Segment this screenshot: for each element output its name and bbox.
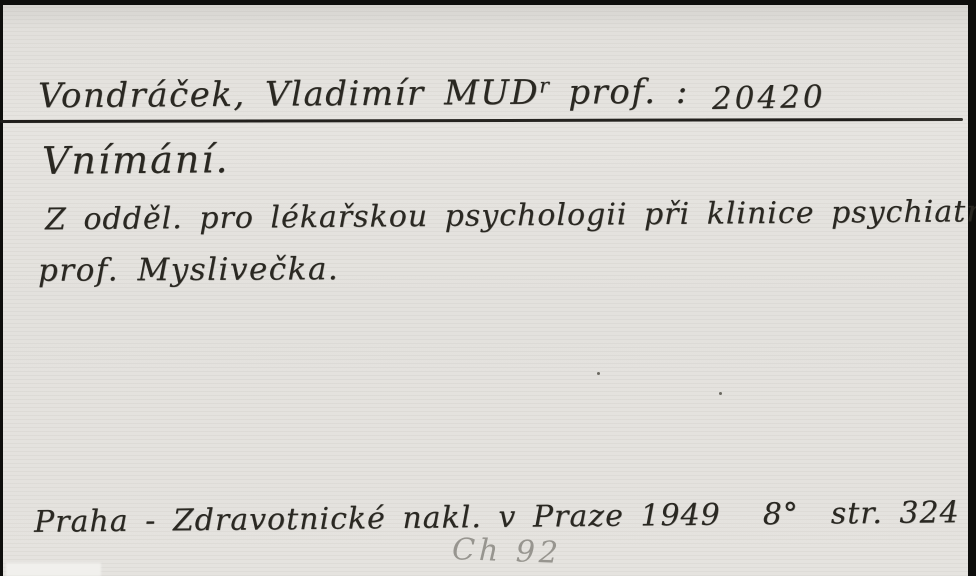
- paper-speck: [719, 392, 722, 395]
- paper-speck: [597, 372, 600, 375]
- work-title: Vnímání.: [42, 137, 230, 183]
- author-degree-superscript: r: [539, 73, 549, 97]
- imprint-format: 8°: [763, 497, 799, 532]
- author-title-abbr: prof. :: [568, 72, 689, 113]
- pencil-shelfmark: Ch 92: [451, 532, 562, 571]
- heading-author-line: Vondráček, Vladimír MUDr prof. :: [38, 72, 689, 117]
- author-degree: MUD: [444, 73, 540, 114]
- department-note-line-2: prof. Myslivečka.: [38, 251, 339, 289]
- catalog-number: 20420: [712, 79, 826, 117]
- imprint-place-publisher-year: Praha - Zdravotnické nakl. v Praze 1949: [34, 498, 721, 540]
- paper-corner-highlight: [6, 563, 101, 576]
- imprint-pages: str. 324: [831, 495, 960, 531]
- catalog-card-scan: Vondráček, Vladimír MUDr prof. : 20420 V…: [0, 0, 976, 576]
- author-name: Vondráček, Vladimír: [38, 74, 425, 117]
